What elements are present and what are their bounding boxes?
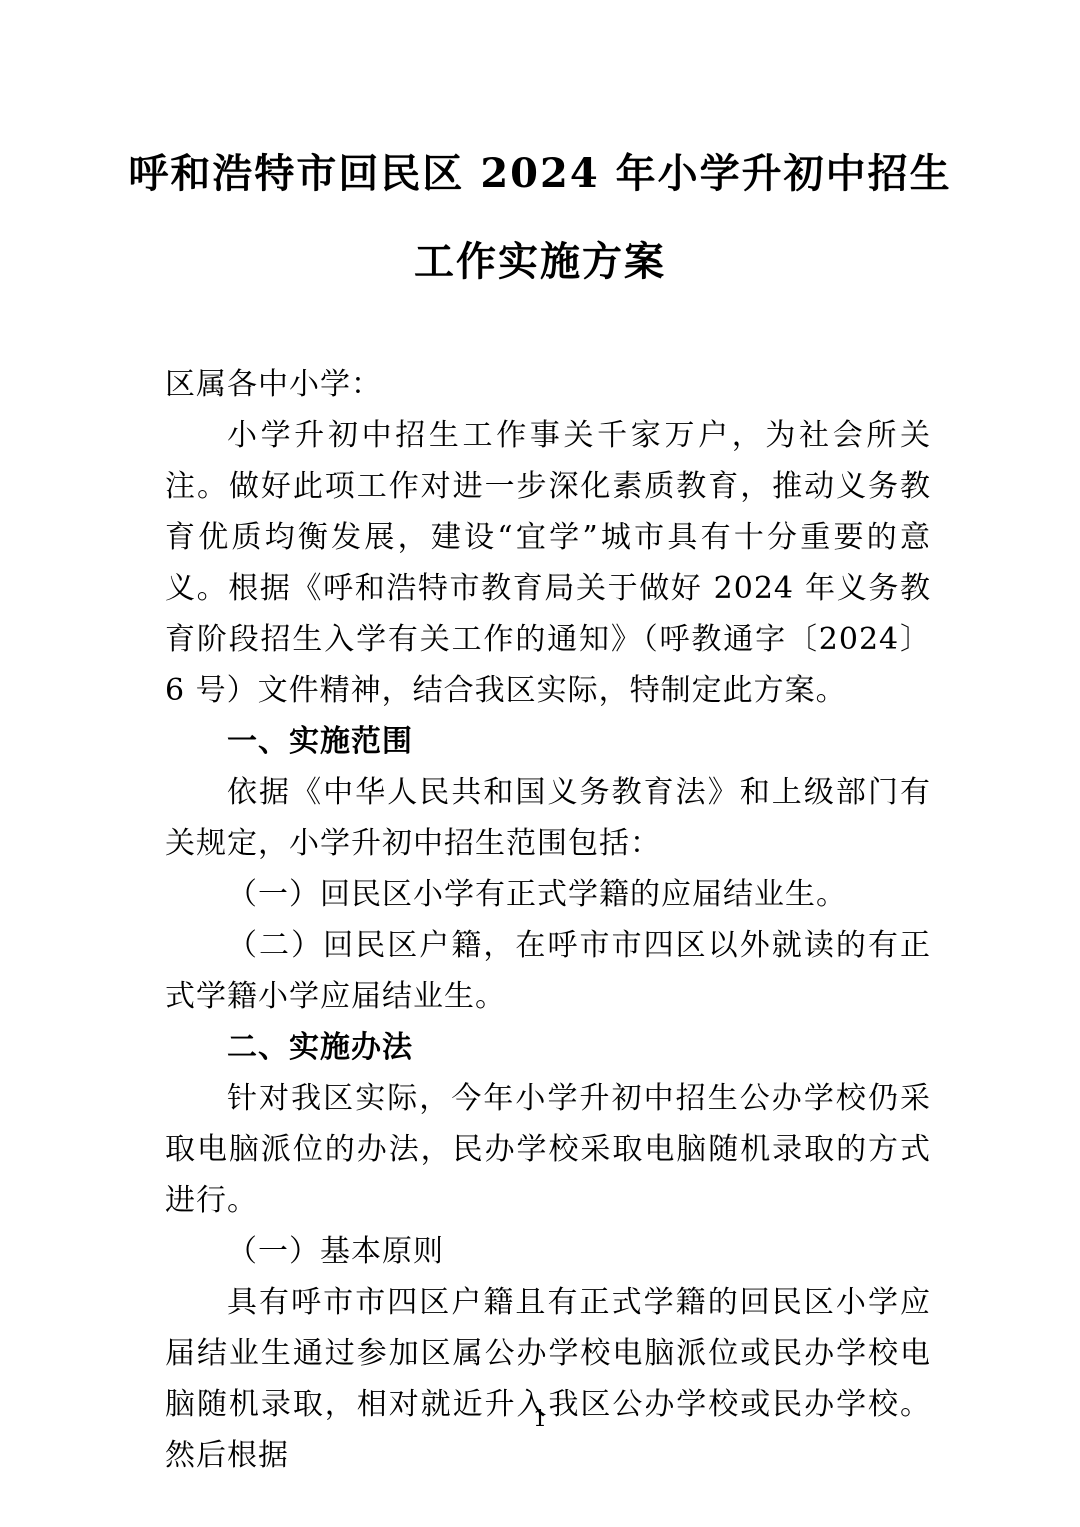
salutation: 区属各中小学： — [165, 359, 931, 410]
paragraph-principles: 具有呼市市四区户籍且有正式学籍的回民区小学应届结业生通过参加区属公办学校电脑派位… — [165, 1277, 931, 1481]
scope-item-2: （二）回民区户籍，在呼市市四区以外就读的有正式学籍小学应届结业生。 — [165, 920, 931, 1022]
subsection-heading-basic-principles: （一）基本原则 — [165, 1226, 931, 1277]
title-line-1: 呼和浩特市回民区 2024 年小学升初中招生 — [0, 130, 1080, 218]
title-line-2: 工作实施方案 — [0, 218, 1080, 306]
document-page: 呼和浩特市回民区 2024 年小学升初中招生 工作实施方案 区属各中小学： 小学… — [0, 0, 1080, 1527]
scope-item-1: （一）回民区小学有正式学籍的应届结业生。 — [165, 869, 931, 920]
document-title: 呼和浩特市回民区 2024 年小学升初中招生 工作实施方案 — [0, 130, 1080, 306]
paragraph-scope: 依据《中华人民共和国义务教育法》和上级部门有关规定，小学升初中招生范围包括： — [165, 767, 931, 869]
paragraph-intro: 小学升初中招生工作事关千家万户，为社会所关注。做好此项工作对进一步深化素质教育，… — [165, 410, 931, 716]
document-body: 区属各中小学： 小学升初中招生工作事关千家万户，为社会所关注。做好此项工作对进一… — [165, 359, 931, 1481]
paragraph-method: 针对我区实际，今年小学升初中招生公办学校仍采取电脑派位的办法，民办学校采取电脑随… — [165, 1073, 931, 1226]
section-heading-1: 一、实施范围 — [165, 716, 931, 767]
section-heading-2: 二、实施办法 — [165, 1022, 931, 1073]
page-number: 1 — [0, 1405, 1080, 1435]
